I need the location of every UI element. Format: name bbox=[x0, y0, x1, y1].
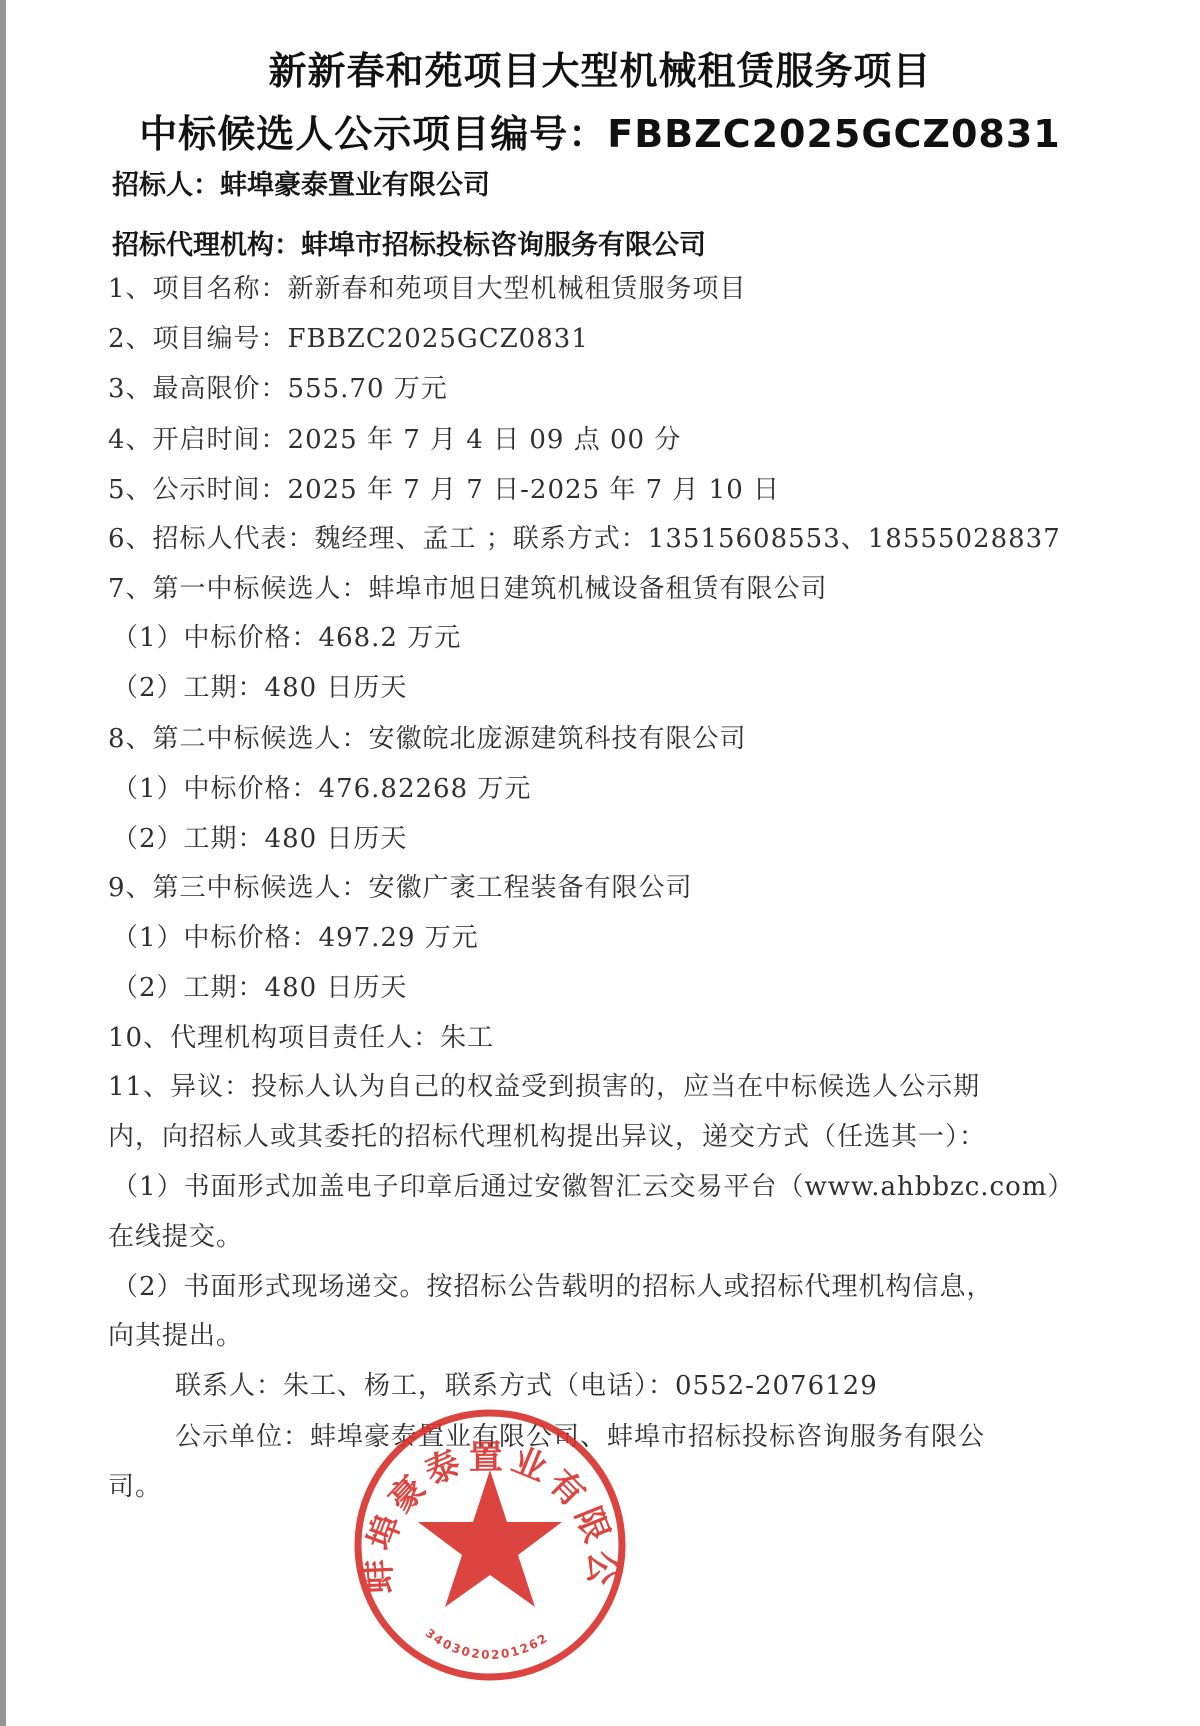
objection-method-onsite: （2）书面形式现场递交。按招标公告载明的招标人或招标代理机构信息， bbox=[112, 1266, 994, 1303]
item-representative: 6、招标人代表：魏经理、孟工 ；联系方式：13515608553、1855502… bbox=[108, 518, 1061, 555]
third-candidate-price: （1）中标价格：497.29 万元 bbox=[112, 917, 479, 954]
item-objection-1: 11、异议：投标人认为自己的权益受到损害的，应当在中标候选人公示期 bbox=[108, 1066, 980, 1103]
first-candidate-duration: （2）工期：480 日历天 bbox=[112, 667, 407, 704]
document-title-line2: 中标候选人公示项目编号：FBBZC2025GCZ0831 bbox=[0, 103, 1200, 158]
objection-method-online-cont: 在线提交。 bbox=[108, 1216, 243, 1253]
agency-line: 招标代理机构：蚌埠市招标投标咨询服务有限公司 bbox=[112, 223, 706, 262]
item-first-candidate: 7、第一中标候选人：蚌埠市旭日建筑机械设备租赁有限公司 bbox=[108, 568, 828, 605]
item-max-price: 3、最高限价：555.70 万元 bbox=[108, 368, 448, 405]
item-project-name: 1、项目名称：新新春和苑项目大型机械租赁服务项目 bbox=[108, 268, 747, 305]
svg-text:3403020201262: 3403020201262 bbox=[423, 1626, 552, 1662]
objection-method-onsite-cont: 向其提出。 bbox=[108, 1315, 243, 1352]
second-candidate-price: （1）中标价格：476.82268 万元 bbox=[112, 768, 531, 805]
second-candidate-duration: （2）工期：480 日历天 bbox=[112, 818, 407, 855]
objection-method-online: （1）书面形式加盖电子印章后通过安徽智汇云交易平台（www.ahbbzc.com… bbox=[112, 1166, 1074, 1203]
seal-serial: 3403020201262 bbox=[423, 1626, 552, 1662]
contact-line: 联系人：朱工、杨工，联系方式（电话）：0552-2076129 bbox=[175, 1365, 878, 1402]
item-project-number: 2、项目编号：FBBZC2025GCZ0831 bbox=[108, 318, 589, 355]
tenderer-line: 招标人：蚌埠豪泰置业有限公司 bbox=[112, 163, 490, 202]
first-candidate-price: （1）中标价格：468.2 万元 bbox=[112, 617, 461, 654]
third-candidate-duration: （2）工期：480 日历天 bbox=[112, 967, 407, 1004]
item-agency-manager: 10、代理机构项目责任人：朱工 bbox=[108, 1017, 494, 1054]
item-publicity-time: 5、公示时间：2025 年 7 月 7 日-2025 年 7 月 10 日 bbox=[108, 469, 780, 506]
item-open-time: 4、开启时间：2025 年 7 月 4 日 09 点 00 分 bbox=[108, 419, 681, 456]
document-title-line1: 新新春和苑项目大型机械租赁服务项目 bbox=[0, 40, 1200, 95]
item-third-candidate: 9、第三中标候选人：安徽广袤工程装备有限公司 bbox=[108, 867, 693, 904]
left-edge-strip bbox=[0, 0, 6, 1726]
company-seal-icon: 蚌埠豪泰置业有限公司 3403020201262 bbox=[345, 1400, 635, 1690]
publisher-line-cont: 司。 bbox=[108, 1466, 162, 1503]
item-second-candidate: 8、第二中标候选人：安徽皖北庞源建筑科技有限公司 bbox=[108, 718, 747, 755]
item-objection-2: 内，向招标人或其委托的招标代理机构提出异议，递交方式（任选其一）： bbox=[108, 1116, 986, 1153]
